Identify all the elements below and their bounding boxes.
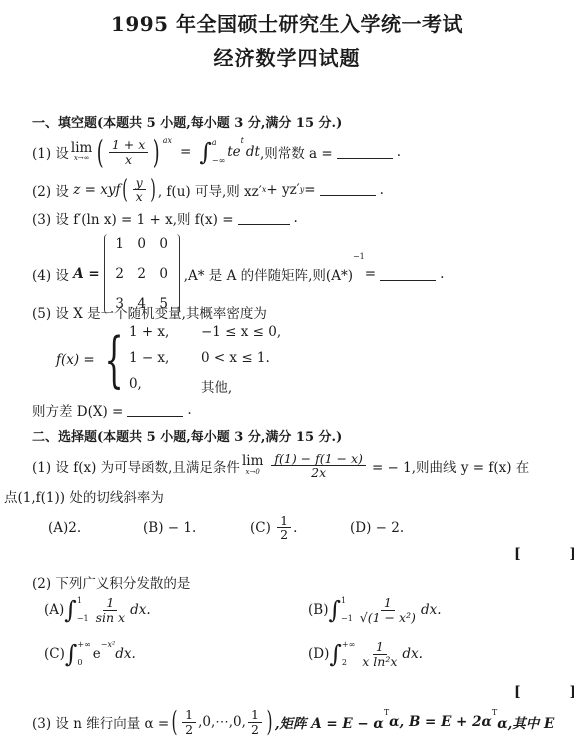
s1-q5-density: f(x) = { 1 + x,−1 ≤ x ≤ 0, 1 − x,0 < x ≤… — [56, 324, 351, 396]
s1-q5-variance: 则方差 D(X) = . — [32, 400, 192, 420]
section1-heading: 一、填空题(本题共 5 小题,每小题 3 分,满分 15 分.) — [32, 112, 342, 131]
q1-number: (1) 设 — [32, 142, 69, 162]
s1-q3: (3) 设 f′(ln x) = 1 + x,则 f(x) = . — [32, 208, 298, 228]
s1-q5-intro: (5) 设 X 是一个随机变量,其概率密度为 — [32, 302, 267, 322]
answer-blank[interactable] — [238, 212, 290, 225]
s2-q1: (1) 设 f(x) 为可导函数,且满足条件 limx→0 f(1) − f(1… — [32, 452, 529, 479]
option-C[interactable]: (C) 12. — [250, 514, 350, 541]
fraction: 1 + x x — [109, 138, 148, 165]
option-B[interactable]: (B) ∫1−1 1√(1 − x²) dx. — [308, 596, 441, 624]
option-D[interactable]: (D) − 2. — [350, 520, 404, 536]
s1-q1: (1) 设 lim x→∞ ( 1 + x x ) ax = ∫ a−∞ tet… — [32, 136, 401, 168]
option-C[interactable]: (C) ∫+∞0 e−x² dx. — [44, 640, 136, 668]
s2-q2: (2) 下列广义积分发散的是 — [32, 572, 190, 592]
answer-blank[interactable] — [380, 268, 436, 281]
s2-q1-options: (A)2. (B) − 1. (C) 12. (D) − 2. — [48, 514, 404, 541]
answer-bracket[interactable]: [ ] — [514, 546, 574, 562]
s2-q3: (3) 设 n 维行向量 α = ( 12 ,0,⋯,0, 12 ) ,矩阵 A… — [32, 708, 554, 736]
option-A[interactable]: (A)2. — [48, 520, 143, 536]
piecewise-function: { 1 + x,−1 ≤ x ≤ 0, 1 − x,0 < x ≤ 1. 0,其… — [95, 324, 351, 396]
exam-subtitle: 经济数学四试题 — [0, 42, 574, 71]
answer-blank[interactable] — [320, 183, 376, 196]
option-A[interactable]: (A) ∫1−1 1sin x dx. — [44, 596, 151, 624]
s2-q1-line2: 点(1,f(1)) 处的切线斜率为 — [4, 486, 164, 506]
integral: ∫ a−∞ — [199, 138, 227, 166]
exam-title: 1995 年全国硕士研究生入学统一考试 — [0, 8, 574, 37]
option-D[interactable]: (D) ∫+∞2 1x ln²x dx. — [308, 640, 423, 668]
s1-q2: (2) 设 z = xyf ( yx ) , f(u) 可导,则 xz′x + … — [32, 176, 384, 203]
answer-blank[interactable] — [127, 404, 183, 417]
option-B[interactable]: (B) − 1. — [143, 520, 250, 536]
section2-heading: 二、选择题(本题共 5 小题,每小题 3 分,满分 15 分.) — [32, 426, 342, 445]
answer-bracket[interactable]: [ ] — [514, 684, 574, 700]
limit-operator: lim x→∞ — [71, 142, 92, 163]
answer-blank[interactable] — [337, 146, 393, 159]
